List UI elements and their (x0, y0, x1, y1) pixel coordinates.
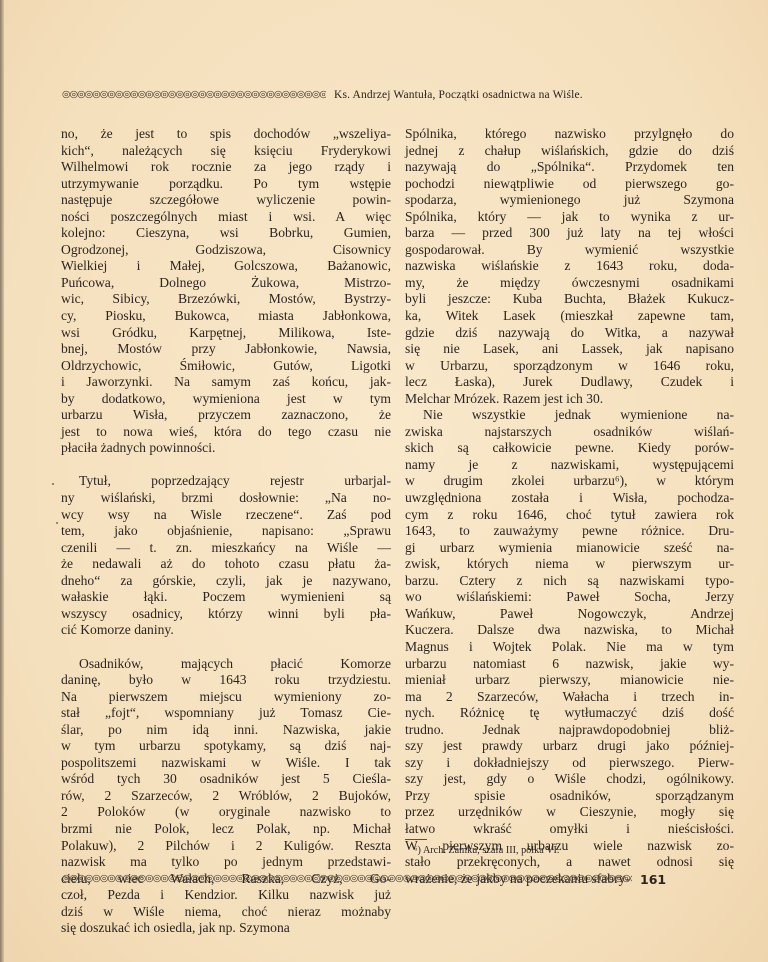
text-line: wszyscy osadnicy, którzy winni byli pła- (61, 606, 391, 623)
text-line: no, że jest to spis dochodów „wszeliya- (61, 126, 391, 143)
text-line: Oldrzychowic, Śmiłowic, Gutów, Ligotki (61, 358, 391, 375)
text-line: skich są całkowicie pewne. Kiedy porów- (405, 440, 734, 457)
text-line: ślar, po nim idą inni. Nazwiska, jakie (61, 722, 391, 739)
text-line: barzu. Cztery z nich są nazwiskami typo- (405, 573, 734, 590)
text-line: Wańkuw, Paweł Nogowczyk, Andrzej (405, 606, 734, 623)
text-line: Kuczera. Dalsze dwa nazwiska, to Michał (405, 622, 734, 639)
text-line: byli jeszcze: Kuba Buchta, Błażek Kukucz… (405, 291, 734, 308)
header-ornament-border: ◎◎◎◎◎◎◎◎◎◎◎◎◎◎◎◎◎◎◎◎◎◎◎◎◎◎◎◎◎◎◎◎◎◎◎◎ (62, 90, 326, 100)
text-line: Magnus i Wojtek Polak. Nie ma w tym (405, 639, 734, 656)
text-line: spodarza, wymienionego już Szymona (405, 192, 734, 209)
text-line: Melchar Mrózek. Razem jest ich 30. (405, 391, 734, 408)
text-line: mieniał urbarz pierwszy, mianowicie nie- (405, 672, 734, 689)
text-line: uwzględniona została i Wisła, pochodza- (405, 490, 734, 507)
text-line: Nie wszystkie jednak wymienione na- (405, 407, 734, 424)
text-line: urbarzu natomiast 6 nazwisk, jakie wy- (405, 656, 734, 673)
text-line: zwisk, których niema w pierwszym ur- (405, 556, 734, 573)
text-line: dneho“ za górskie, czyli, jak je nazywan… (61, 573, 391, 590)
text-line: my, że między ówczesnymi osadnikami (405, 275, 734, 292)
text-line: by dodatkowo, wymieniona jest w tym (61, 391, 391, 408)
page-number: 161 (640, 872, 666, 887)
text-line: pochodzi niewątpliwie od pierwszego go- (405, 176, 734, 193)
right-text-column: Spólnika, którego nazwisko przylgnęło do… (405, 126, 734, 887)
left-text-column: no, że jest to spis dochodów „wszeliya-k… (61, 126, 391, 937)
text-line: cy, Piosku, Bukowca, miasta Jabłonkowa, (61, 308, 391, 325)
text-line: ka, Witek Lasek (mieszkał zapewne tam, (405, 308, 734, 325)
text-line: barza — przed 300 już laty na tej włości (405, 225, 734, 242)
text-line: ma 2 Szarzeców, Wałacha i trzech in- (405, 689, 734, 706)
text-line: urbarzu Wisła, przyczem zaznaczono, że (61, 407, 391, 424)
text-line: wśród tych 30 osadników jest 5 Cieśla- (61, 771, 391, 788)
footnote-separator (405, 839, 427, 840)
text-line: w Urbarzu, sporządzonym w 1646 roku, (405, 358, 734, 375)
text-line: nazywają do „Spólnika“. Przydomek ten (405, 159, 734, 176)
footer-ornament-border: ◎◎◎◎◎◎◎◎◎◎◎◎◎◎◎◎◎◎◎◎◎◎◎◎◎◎◎◎◎◎◎◎◎◎◎◎◎◎◎◎… (62, 874, 632, 884)
page-footer: ◎◎◎◎◎◎◎◎◎◎◎◎◎◎◎◎◎◎◎◎◎◎◎◎◎◎◎◎◎◎◎◎◎◎◎◎◎◎◎◎… (62, 869, 702, 889)
text-line: jest to nowa wieś, która do tego czasu n… (61, 424, 391, 441)
text-line: daninę, było w 1643 roku trzydziestu. (61, 672, 391, 689)
text-line: utrzymywanie porządku. Po tym wstępie (61, 176, 391, 193)
text-line: Wielkiej i Małej, Golcszowa, Bażanowic, (61, 258, 391, 275)
text-line: szy jest prawdy urbarz drugi jako późnie… (405, 738, 734, 755)
text-line: Polakuw), 2 Pilchów i 2 Kuligów. Reszta (61, 838, 391, 855)
text-line: rów, 2 Szarzeców, 2 Wróblów, 2 Bujoków, (61, 788, 391, 805)
text-line: Osadników, mających płacić Komorze (61, 656, 391, 673)
text-line: Przy spisie osadników, sporządzanym (405, 788, 734, 805)
text-line: Spólnika, którego nazwisko przylgnęło do (405, 126, 734, 143)
text-line: ny wiślański, brzmi dosłownie: „Na no- (61, 490, 391, 507)
text-line: płaciła żadnych powinności. (61, 440, 391, 457)
text-line: gdzie dziś nazywają do Witka, a nazywał (405, 325, 734, 342)
text-line: tem, jako objaśnienie, napisano: „Sprawu (61, 523, 391, 540)
text-line: Spólnika, który — jak to wynika z ur- (405, 209, 734, 226)
text-line: wo wiślańskiemi: Paweł Socha, Jerzy (405, 589, 734, 606)
footnote-marker: ⁶) (414, 845, 421, 856)
text-line: że nedawali aż do tohoto czasu płatu ża- (61, 556, 391, 573)
text-line: ności poszczególnych miast i wsi. A więc (61, 209, 391, 226)
text-line: bnej, Mostów przy Jabłonkowie, Nawsia, (61, 341, 391, 358)
paragraph-gap (61, 457, 391, 474)
text-line: w drugim zkolei urbarzu⁶), w którym (405, 473, 734, 490)
text-line: czenili — t. zn. mieszkańcy na Wiśle — (61, 540, 391, 557)
running-title: Ks. Andrzej Wantuła, Początki osadnictwa… (334, 89, 583, 101)
text-line: Na pierwszem miejscu wymieniony zo- (61, 689, 391, 706)
text-line: cym z roku 1646, choć tytuł zawiera rok (405, 507, 734, 524)
scan-speck (56, 522, 58, 524)
running-header: ◎◎◎◎◎◎◎◎◎◎◎◎◎◎◎◎◎◎◎◎◎◎◎◎◎◎◎◎◎◎◎◎◎◎◎◎ Ks.… (62, 86, 702, 104)
text-line: namy je z nazwiskami, występującemi (405, 457, 734, 474)
text-line: wsi Gródku, Karpętnej, Milikowa, Iste- (61, 325, 391, 342)
text-line: jednej z chałup wiślańskich, gdzie do dz… (405, 143, 734, 160)
text-line: 2 Poloków (w oryginale nazwisko to (61, 804, 391, 821)
scan-speck (52, 483, 54, 485)
text-line: nych. Różnicę tę wytłumaczyć dziś dość (405, 705, 734, 722)
text-line: wic, Sibicy, Brzezówki, Mostów, Bystrzy- (61, 291, 391, 308)
text-line: kich“, należących się księciu Fryderykow… (61, 143, 391, 160)
text-line: Tytuł, poprzedzający rejestr urbarjal- (61, 473, 391, 490)
text-line: szy i dokładniejszy od pierwszego. Pierw… (405, 755, 734, 772)
text-line: trudno. Jednak najprawdopodobniej bliż- (405, 722, 734, 739)
text-line: dziś w Wiśle niema, choć nieraz możnaby (61, 904, 391, 921)
text-line: w tym urbarzu spotykamy, są dziś naj- (61, 738, 391, 755)
footnote: ⁶) Arch. Zamku, szafa III, półka VI. (414, 845, 559, 856)
text-line: Ogrodzonej, Godziszowa, Cisownicy (61, 242, 391, 259)
text-line: brzmi nie Polok, lecz Polak, np. Michał (61, 821, 391, 838)
text-line: czoł, Pezda i Kendzior. Kilku nazwisk ju… (61, 887, 391, 904)
text-line: się doszukać ich osiedla, jak np. Szymon… (61, 920, 391, 937)
text-line: przez urzędników w Cieszynie, mogły się (405, 804, 734, 821)
text-line: następuje szczegółowe wyliczenie powin- (61, 192, 391, 209)
text-line: zwiska najstarszych osadników wiślań- (405, 424, 734, 441)
text-line: Puńcowa, Dolnego Żukowa, Mistrzo- (61, 275, 391, 292)
text-line: pospolitszemi nazwiskami w Wiśle. I tak (61, 755, 391, 772)
text-line: szy jest, gdy o Wiśle chodzi, ogólnikowy… (405, 771, 734, 788)
page-edge-shadow (0, 0, 4, 962)
text-line: łatwo wkraść omyłki i nieścisłości. (405, 821, 734, 838)
text-line: nazwiska wiślańskie z 1643 roku, doda- (405, 258, 734, 275)
text-line: stał „fojt“, wspomniany już Tomasz Cie- (61, 705, 391, 722)
paragraph-gap (61, 639, 391, 656)
text-line: wcy wsy na Wisle rzeczene“. Zaś pod (61, 507, 391, 524)
text-line: lecz Łaska), Jurek Dudlawy, Czudek i (405, 374, 734, 391)
text-line: i Jaworzynki. Na samym zaś końcu, jak- (61, 374, 391, 391)
text-line: wałaskie łąki. Poczem wymienieni są (61, 589, 391, 606)
text-line: gospodarował. By wymienić wszystkie (405, 242, 734, 259)
footnote-text: Arch. Zamku, szafa III, półka VI. (423, 845, 559, 856)
text-line: cić Komorze daniny. (61, 622, 391, 639)
text-line: gi urbarz wymienia mianowicie sześć na- (405, 540, 734, 557)
text-line: się nie Lasek, ani Lassek, jak napisano (405, 341, 734, 358)
text-line: kolejno: Cieszyna, wsi Bobrku, Gumien, (61, 225, 391, 242)
text-line: 1643, to zauważymy pewne różnice. Dru- (405, 523, 734, 540)
text-line: Wilhelmowi rok rocznie za jego rządy i (61, 159, 391, 176)
book-page: ◎◎◎◎◎◎◎◎◎◎◎◎◎◎◎◎◎◎◎◎◎◎◎◎◎◎◎◎◎◎◎◎◎◎◎◎ Ks.… (0, 0, 768, 962)
